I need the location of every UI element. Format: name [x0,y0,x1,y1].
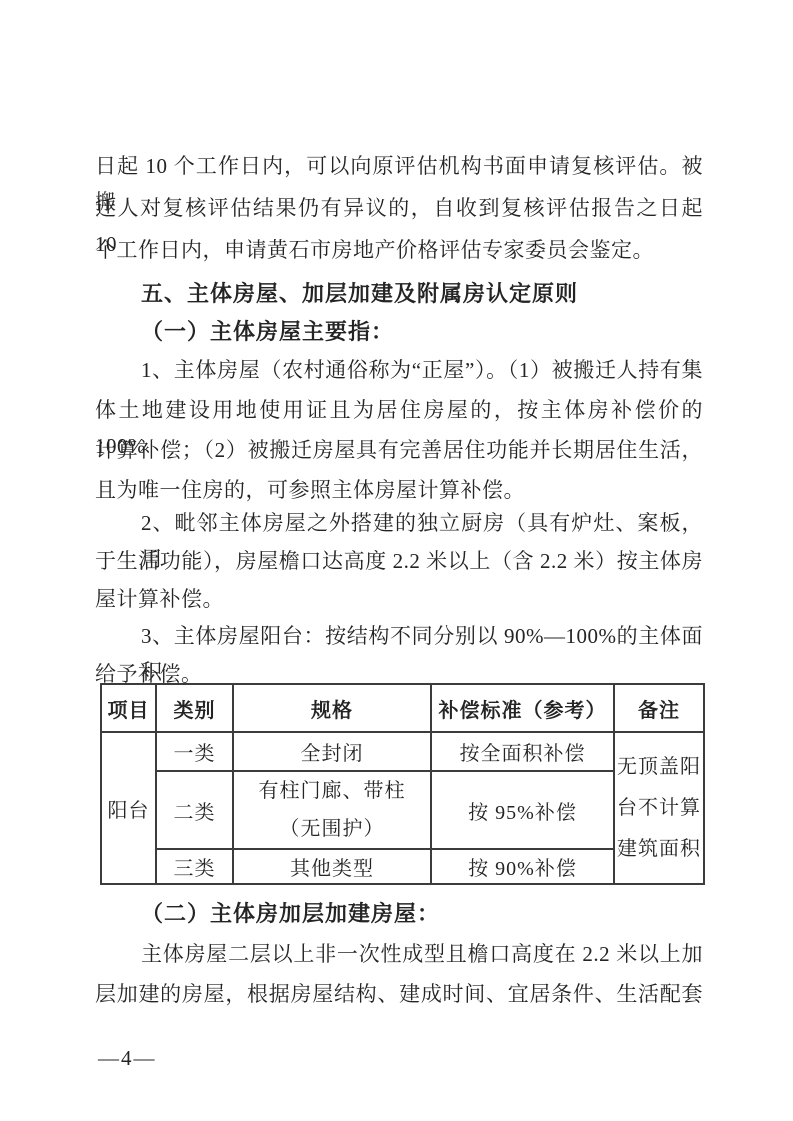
spec-line: （无围护） [236,810,428,848]
table-header-remark: 备注 [614,684,704,732]
body-line: 主体房屋二层以上非一次性成型且檐口高度在 2.2 米以上加 [95,936,703,972]
table-cell-spec: 有柱门廊、带柱 （无围护） [233,771,431,849]
body-line: 且为唯一住房的，可参照主体房屋计算补偿。 [95,472,703,508]
table-cell-standard: 按 95%补偿 [431,771,614,849]
subsection-heading: （二）主体房加层加建房屋： [95,896,703,932]
document-page: 日起 10 个工作日内，可以向原评估机构书面申请复核评估。被搬 迁人对复核评估结… [0,0,793,1121]
body-line: 1、主体房屋（农村通俗称为“正屋”）。（1）被搬迁人持有集 [95,352,703,388]
body-line: 层加建的房屋，根据房屋结构、建成时间、宜居条件、生活配套 [95,976,703,1012]
table-cell-spec: 全封闭 [233,732,431,771]
body-line: 迁人对复核评估结果仍有异议的，自收到复核评估报告之日起 10 [95,190,703,226]
table-header-row: 项目 类别 规格 补偿标准（参考） 备注 [101,684,704,732]
table-header-standard: 补偿标准（参考） [431,684,614,732]
table-cell-spec: 其他类型 [233,849,431,884]
table-cell-category: 三类 [156,849,233,884]
body-line: 个工作日内，申请黄石市房地产价格评估专家委员会鉴定。 [95,232,703,268]
table-cell-project: 阳台 [101,732,156,884]
body-line: 屋计算补偿。 [95,581,703,617]
body-line: 计算补偿；（2）被搬迁房屋具有完善居住功能并长期居住生活， [95,432,703,468]
body-line: 3、主体房屋阳台：按结构不同分别以 90%—100%的主体面积 [95,618,703,654]
remark-line: 建筑面积 [617,829,701,870]
table-header-spec: 规格 [233,684,431,732]
table-cell-category: 二类 [156,771,233,849]
table-row: 阳台 一类 全封闭 按全面积补偿 无顶盖阳 台不计算 建筑面积 [101,732,704,771]
page-number: —4— [98,1046,157,1071]
table-row: 三类 其他类型 按 90%补偿 [101,849,704,884]
table-header-project: 项目 [101,684,156,732]
table-cell-category: 一类 [156,732,233,771]
compensation-table: 项目 类别 规格 补偿标准（参考） 备注 阳台 一类 全封闭 按全面积补偿 无顶… [100,683,705,885]
table-row: 二类 有柱门廊、带柱 （无围护） 按 95%补偿 [101,771,704,849]
table-cell-standard: 按全面积补偿 [431,732,614,771]
body-line: 于生活功能），房屋檐口达高度 2.2 米以上（含 2.2 米）按主体房 [95,543,703,579]
body-line: 体土地建设用地使用证且为居住房屋的，按主体房补偿价的 100% [95,392,703,428]
body-line: 2、毗邻主体房屋之外搭建的独立厨房（具有炉灶、案板，用 [95,505,703,541]
remark-line: 台不计算 [617,788,701,829]
section-heading: 五、主体房屋、加层加建及附属房认定原则 [95,276,703,312]
remark-line: 无顶盖阳 [617,747,701,788]
table-cell-remark: 无顶盖阳 台不计算 建筑面积 [614,732,704,884]
table-cell-standard: 按 90%补偿 [431,849,614,884]
spec-line: 有柱门廊、带柱 [236,772,428,810]
subsection-heading: （一）主体房屋主要指： [95,314,703,350]
body-line: 日起 10 个工作日内，可以向原评估机构书面申请复核评估。被搬 [95,148,703,184]
table-header-category: 类别 [156,684,233,732]
